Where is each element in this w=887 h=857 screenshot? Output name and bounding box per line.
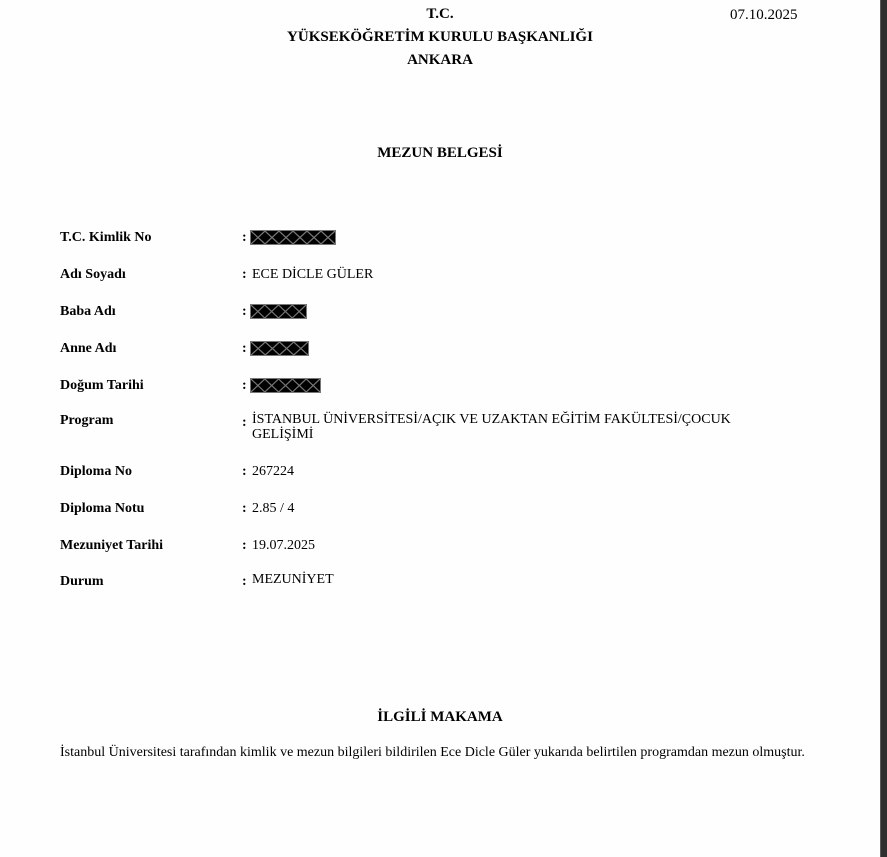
colon: : (242, 304, 247, 320)
colon: : (242, 415, 247, 431)
label-dogum-tarihi: Doğum Tarihi (60, 378, 144, 394)
label-adi-soyadi: Adı Soyadı (60, 267, 126, 283)
colon: : (242, 267, 247, 283)
colon: : (242, 538, 247, 554)
value-adi-soyadi: ECE DİCLE GÜLER (252, 267, 373, 283)
redaction-tc-kimlik (250, 230, 336, 245)
colon: : (242, 574, 247, 590)
section-body: İstanbul Üniversitesi tarafından kimlik … (60, 745, 820, 761)
document-date: 07.10.2025 (730, 7, 798, 24)
value-program: İSTANBUL ÜNİVERSİTESİ/AÇIK VE UZAKTAN EĞ… (252, 412, 792, 442)
redaction-baba-adi (250, 304, 307, 319)
colon: : (242, 378, 247, 394)
redaction-pattern (251, 305, 306, 318)
redaction-dogum-tarihi (250, 378, 321, 393)
colon: : (242, 464, 247, 480)
redaction-pattern (251, 231, 335, 244)
label-diploma-notu: Diploma Notu (60, 501, 144, 517)
colon: : (242, 230, 247, 246)
redaction-anne-adi (250, 341, 309, 356)
redaction-pattern (251, 342, 308, 355)
label-anne-adi: Anne Adı (60, 341, 116, 357)
colon: : (242, 501, 247, 517)
colon: : (242, 341, 247, 357)
header-institution: YÜKSEKÖĞRETİM KURULU BAŞKANLIĞI (0, 29, 880, 46)
header-city: ANKARA (0, 52, 880, 69)
label-program: Program (60, 413, 113, 429)
value-diploma-notu: 2.85 / 4 (252, 501, 294, 517)
window-edge (880, 0, 887, 857)
value-diploma-no: 267224 (252, 464, 294, 480)
label-mezuniyet-tarihi: Mezuniyet Tarihi (60, 538, 163, 554)
label-tc-kimlik: T.C. Kimlik No (60, 230, 152, 246)
section-title: İLGİLİ MAKAMA (0, 709, 880, 726)
label-durum: Durum (60, 574, 104, 590)
redaction-pattern (251, 379, 320, 392)
document-title: MEZUN BELGESİ (0, 145, 880, 162)
value-durum: MEZUNİYET (252, 572, 334, 588)
label-diploma-no: Diploma No (60, 464, 132, 480)
label-baba-adi: Baba Adı (60, 304, 116, 320)
value-mezuniyet-tarihi: 19.07.2025 (252, 538, 315, 554)
document-page: T.C. YÜKSEKÖĞRETİM KURULU BAŞKANLIĞI ANK… (0, 0, 880, 857)
